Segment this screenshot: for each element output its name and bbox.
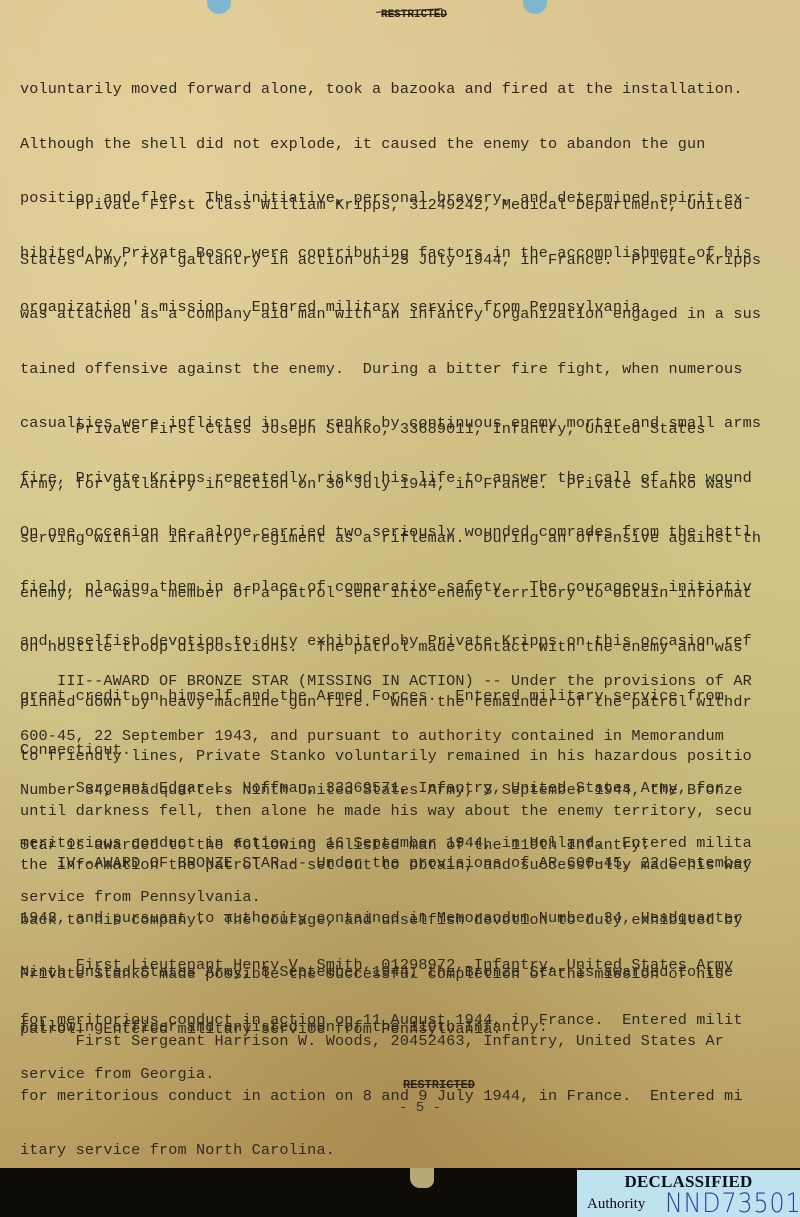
declassified-stamp: DECLASSIFIED Authority NND735017	[577, 1170, 800, 1217]
text-line: States Army, for gallantry in action on …	[20, 251, 800, 270]
page-number: - 5 -	[380, 1100, 460, 1116]
text-line: itary service from North Carolina.	[20, 1141, 800, 1160]
text-line: Sergeant Edgar L. Hoffman, 33369571, Inf…	[20, 779, 800, 798]
text-line: tained offensive against the enemy. Duri…	[20, 360, 800, 379]
text-line: Private First Class Joseph Stanko, 33689…	[20, 420, 800, 439]
text-line: Private First Class William Kripps, 3124…	[20, 196, 800, 215]
text-line: voluntarily moved forward alone, took a …	[20, 80, 800, 99]
text-line: First Sergeant Harrison W. Woods, 204524…	[20, 1032, 800, 1051]
section-heading-line: III--AWARD OF BRONZE STAR (MISSING IN AC…	[20, 672, 800, 691]
text-line: was attached as a company aid man with a…	[20, 305, 800, 324]
punch-hole-right	[523, 0, 547, 14]
text-line: First Lieutenant Henry V. Smith, 0129897…	[20, 956, 800, 975]
text-line: Army, for gallantry in action on 30 July…	[20, 475, 800, 494]
paragraph-woods: First Sergeant Harrison W. Woods, 204524…	[20, 996, 800, 1196]
authority-value: NND735017	[665, 1188, 800, 1217]
classification-stamp-top: RESTRICTED	[366, 8, 462, 22]
text-line: serving with an infantry regiment as a r…	[20, 529, 800, 548]
classification-stamp-bottom: RESTRICTED	[384, 1078, 494, 1094]
punch-hole-left	[207, 0, 231, 14]
authority-label: Authority	[587, 1196, 645, 1213]
document-page: RESTRICTED voluntarily moved forward alo…	[0, 0, 800, 1168]
text-line: enemy, he was a member of a patrol sent …	[20, 584, 800, 603]
paper-tab	[410, 1168, 434, 1188]
section-heading-line: IV--AWARD OF BRONZE STAR -- Under the pr…	[20, 854, 800, 873]
text-line: Although the shell did not explode, it c…	[20, 135, 800, 154]
